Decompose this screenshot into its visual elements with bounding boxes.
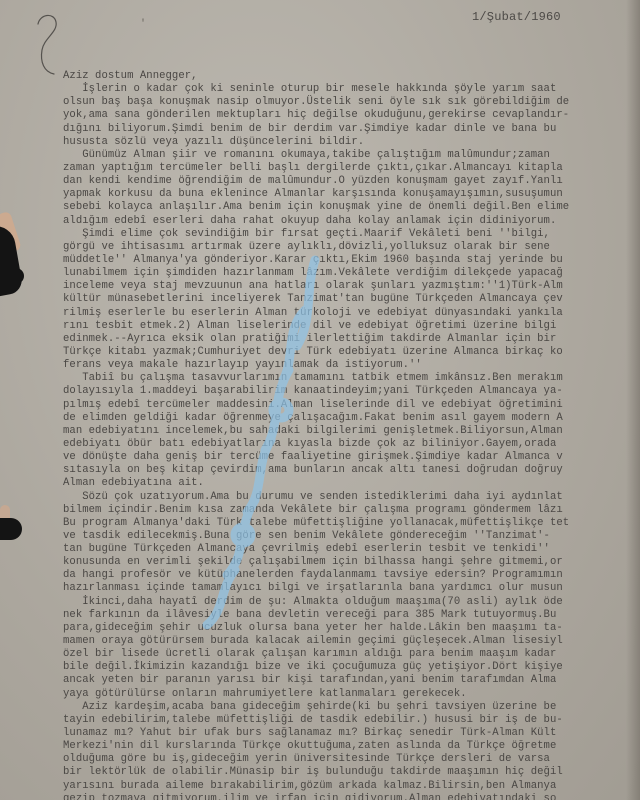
letter-line: yok,ama sana gönderilen mektupları hiç d… [63, 109, 640, 122]
letter-line: para,gideceğim şehir ucuzluk olursa bana… [63, 622, 640, 635]
letter-line: tayin edebilirim,talebe müfettişliği de … [63, 714, 640, 727]
letter-line: mamen oraya götürürsem burada kalacak ai… [63, 635, 640, 648]
letter-line: Merkezi'nin dil kurslarında Türkçe okutt… [63, 740, 640, 753]
letter-line: edebiyatı öbür batı edebiyatlarına kıyas… [63, 438, 640, 451]
letter-line: tan bugüne Türkçeden Almancaya çevrilmiş… [63, 543, 640, 556]
letter-line: edinmek.--Ayrıca eksik olan pratiğimi il… [63, 333, 640, 346]
letter-line: ferans veya makale hazırlayıp yayınlamak… [63, 359, 640, 372]
letter-line: bir lektörlük de olabilir.Münasip bir iş… [63, 766, 640, 779]
letter-body: Aziz dostum Annegger, İşlerin o kadar ço… [63, 70, 640, 800]
letter-line: pılmış edebî tercümeler maddesini.Alman … [63, 399, 640, 412]
letter-line: dan kendi kendime öğrendiğim de malûmund… [63, 175, 640, 188]
letter-line: İkinci,daha hayatî derdim de şu: Almakta… [63, 596, 640, 609]
letter-line: Türkçe kitabı yazmak;Cumhuriyet devri Tü… [63, 346, 640, 359]
letter-line: Aziz dostum Annegger, [63, 70, 640, 83]
letter-line: olsun baş başa konuşmak nasip olmuyor.Üs… [63, 96, 640, 109]
letter-line: ve tasdik edilecekmiş.Buna göre sen beni… [63, 530, 640, 543]
letter-line: bilmem içindir.Benim kısa zamanda Vekâle… [63, 504, 640, 517]
letter-line: ve dönüşte daha geniş bir tercüme faaliy… [63, 451, 640, 464]
letter-date: 1/Şubat/1960 [472, 10, 561, 24]
letter-line: dolayısıyla 1.maddeyi başarabilirim kana… [63, 385, 640, 398]
letter-line: sıtasıyla on beş kitap çevirdim,ama bunl… [63, 464, 640, 477]
letter-line: zaman yaptığım tercümeler belli başlı de… [63, 162, 640, 175]
letter-line: lunabilmem için şimdiden hazırlanmam lâz… [63, 267, 640, 280]
letter-line: İşlerin o kadar çok ki seninle oturup bi… [63, 83, 640, 96]
margin-mark: ' [140, 19, 146, 30]
letter-line: yarısını burada aileme bırakabilirim,göz… [63, 780, 640, 793]
letter-line: rını tesbit etmek.2) Alman liselerinde d… [63, 320, 640, 333]
letter-line: Tabiî bu çalışma tasavvurlarımın tamamın… [63, 372, 640, 385]
letter-line: yaya götürülürse onların mahrumiyetlere … [63, 688, 640, 701]
letter-line: olduğuma göre bu iş,gideceğim yerin üniv… [63, 753, 640, 766]
letter-line: hazırlanması içinde tamamlayıcı bilgi ve… [63, 582, 640, 595]
letter-line: Günümüz Alman şiir ve romanını okumaya,t… [63, 149, 640, 162]
letter-line: dığını biliyorum.Şimdi benim de bir derd… [63, 123, 640, 136]
letter-line: aldığım edebî eserleri daha rahat okuyup… [63, 215, 640, 228]
letter-line: müddetle'' Almanya'ya gönderiyor.Karar ç… [63, 254, 640, 267]
binder-clip-shadow-lower [0, 518, 22, 540]
letter-line: bile değil.İkimizin kazandığı bize ve ik… [63, 661, 640, 674]
letter-line: yapmak korkusu da buna eklenince Almanla… [63, 188, 640, 201]
letter-line: hususta sözlü veya yazılı düşüncelerini … [63, 136, 640, 149]
letter-line: de elimden geldiği kadar öğrenmeye çalış… [63, 412, 640, 425]
letter-line: gezip tozmaya gitmiyorum,ilim ve irfan i… [63, 793, 640, 800]
letter-line: özel bir lisede ücretli olarak çalışan k… [63, 648, 640, 661]
letter-line: nek farkının da ilâvesiyle bana devletin… [63, 609, 640, 622]
letter-line: Bu program Almanya'daki Türk talebe müfe… [63, 517, 640, 530]
letter-line: kültür münasebetlerini inceliyerek Tanzi… [63, 293, 640, 306]
letter-line: Aziz kardeşim,acaba bana gideceğim şehir… [63, 701, 640, 714]
letter-line: man edebiyatını incelemek,bu sahadaki bi… [63, 425, 640, 438]
binder-clip-knob [4, 268, 24, 284]
letter-line: görgü ve ihtisasımı artırmak üzere aylık… [63, 241, 640, 254]
letter-line: da hangi profesör ve kütüphanelerden fay… [63, 569, 640, 582]
letter-line: konusunda en verimli şekilde çalışabilme… [63, 556, 640, 569]
letter-line: Alman edebiyatına ait. [63, 477, 640, 490]
letter-line: Şimdi elime çok sevindiğim bir fırsat ge… [63, 228, 640, 241]
letter-line: lunamaz mı? Yahut bir ufak burs sağlanam… [63, 727, 640, 740]
letter-line: Sözü çok uzatıyorum.Ama bu durumu ve sen… [63, 491, 640, 504]
letter-line: inceleme veya staj mevzuunun ana hatları… [63, 280, 640, 293]
letter-line: ancak yeten bir paranın yarısı bir kişi … [63, 674, 640, 687]
letter-line: rilmiş eserlerle bu eserlerin Alman türk… [63, 307, 640, 320]
letter-line: sebebi kolayca anlaşılır.Ama benim için … [63, 201, 640, 214]
